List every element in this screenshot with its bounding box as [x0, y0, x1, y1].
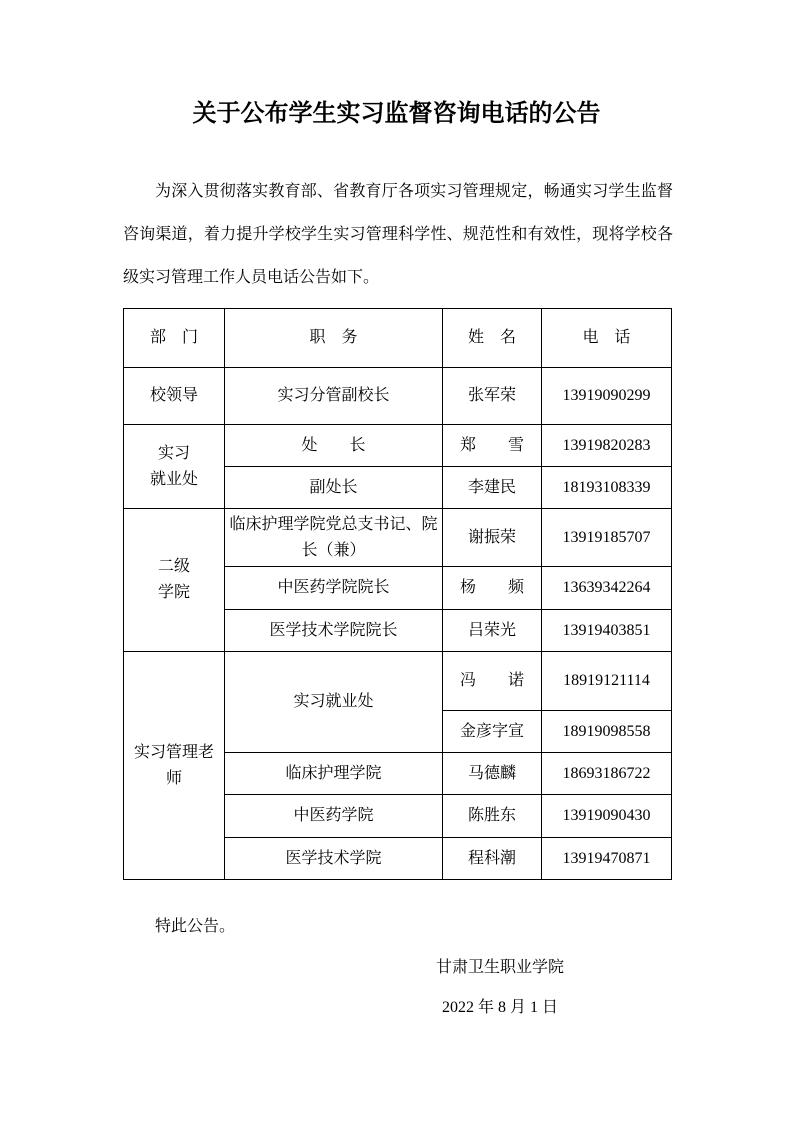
cell-name: 李建民 — [443, 467, 542, 509]
col-header-role: 职 务 — [225, 309, 443, 368]
cell-role: 临床护理学院 — [225, 753, 443, 795]
cell-phone: 13919090430 — [542, 795, 672, 838]
cell-dept: 校领导 — [124, 368, 225, 425]
cell-name: 谢振荣 — [443, 509, 542, 567]
cell-name: 郑 雪 — [443, 425, 542, 467]
intro-paragraph: 为深入贯彻落实教育部、省教育厅各项实习管理规定，畅通实习学生监督咨询渠道，着力提… — [123, 170, 673, 299]
cell-name: 陈胜东 — [443, 795, 542, 838]
cell-role: 中医药学院 — [225, 795, 443, 838]
cell-phone: 18919098558 — [542, 711, 672, 753]
closing-note: 特此公告。 — [123, 912, 793, 942]
cell-dept: 二级 学院 — [124, 509, 225, 652]
table-row: 实习 就业处 处 长 郑 雪 13919820283 — [124, 425, 672, 467]
signature-org: 甘肃卫生职业学院 — [370, 948, 630, 988]
cell-phone: 13919185707 — [542, 509, 672, 567]
table-row: 实习管理老 师 实习就业处 冯 诺 18919121114 — [124, 652, 672, 711]
cell-phone: 18693186722 — [542, 753, 672, 795]
table-header-row: 部 门 职 务 姓 名 电 话 — [124, 309, 672, 368]
col-header-name: 姓 名 — [443, 309, 542, 368]
cell-dept: 实习管理老 师 — [124, 652, 225, 880]
contact-table: 部 门 职 务 姓 名 电 话 校领导 实习分管副校长 张军荣 13919090… — [123, 308, 672, 880]
cell-role: 医学技术学院 — [225, 838, 443, 880]
cell-name: 马德麟 — [443, 753, 542, 795]
cell-name: 冯 诺 — [443, 652, 542, 711]
cell-phone: 13639342264 — [542, 567, 672, 610]
document-title: 关于公布学生实习监督咨询电话的公告 — [0, 0, 793, 130]
cell-phone: 18919121114 — [542, 652, 672, 711]
cell-role: 医学技术学院院长 — [225, 610, 443, 652]
cell-phone: 13919090299 — [542, 368, 672, 425]
cell-phone: 13919470871 — [542, 838, 672, 880]
table-row: 二级 学院 临床护理学院党总支书记、院 长（兼） 谢振荣 13919185707 — [124, 509, 672, 567]
cell-role: 副处长 — [225, 467, 443, 509]
cell-name: 杨 频 — [443, 567, 542, 610]
cell-name: 程科潮 — [443, 838, 542, 880]
cell-phone: 13919403851 — [542, 610, 672, 652]
cell-role: 中医药学院院长 — [225, 567, 443, 610]
cell-dept: 实习 就业处 — [124, 425, 225, 509]
cell-name: 吕荣光 — [443, 610, 542, 652]
document-page: 关于公布学生实习监督咨询电话的公告 为深入贯彻落实教育部、省教育厅各项实习管理规… — [0, 0, 793, 1122]
cell-role: 实习分管副校长 — [225, 368, 443, 425]
col-header-phone: 电 话 — [542, 309, 672, 368]
table-row: 校领导 实习分管副校长 张军荣 13919090299 — [124, 368, 672, 425]
cell-role: 处 长 — [225, 425, 443, 467]
cell-phone: 18193108339 — [542, 467, 672, 509]
signature-date: 2022 年 8 月 1 日 — [370, 988, 630, 1028]
cell-role: 临床护理学院党总支书记、院 长（兼） — [225, 509, 443, 567]
cell-name: 金彦字宣 — [443, 711, 542, 753]
col-header-dept: 部 门 — [124, 309, 225, 368]
signature-block: 甘肃卫生职业学院 2022 年 8 月 1 日 — [370, 948, 630, 1028]
cell-role: 实习就业处 — [225, 652, 443, 753]
cell-name: 张军荣 — [443, 368, 542, 425]
cell-phone: 13919820283 — [542, 425, 672, 467]
